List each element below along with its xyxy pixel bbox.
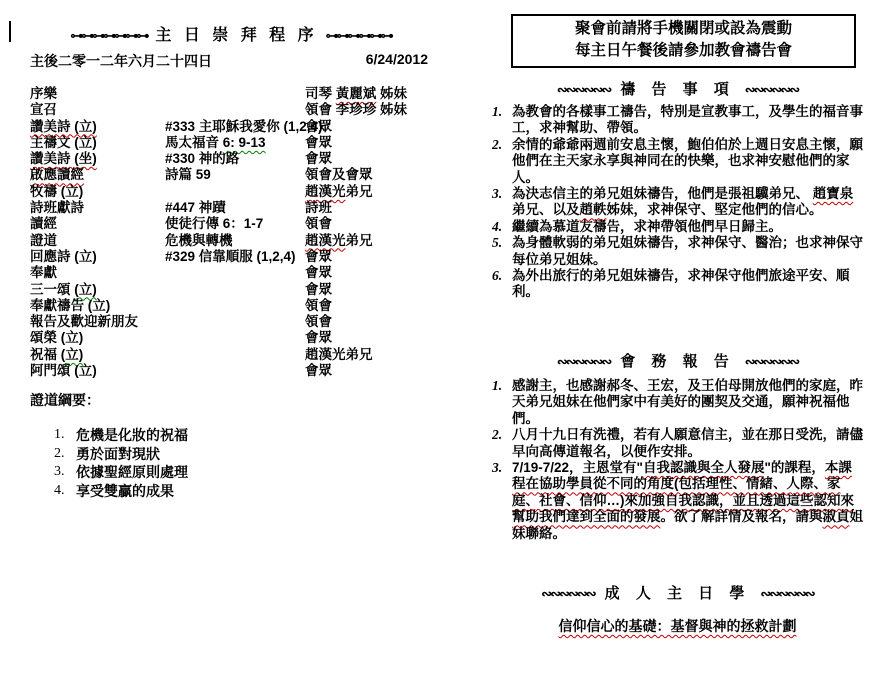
program-item-person: 會眾 [305, 282, 432, 298]
ornament-wave-left: ∾∾∾∾∾∾ [557, 354, 610, 369]
program-item-person: 趙漢光弟兄 [305, 233, 432, 249]
page-title-text: 主 日 崇 拜 程 序 [155, 27, 317, 44]
program-item-person: 領會 [305, 298, 432, 314]
sunday-school-subject: 信仰信心的基礎：基督與神的拯救計劃 [490, 616, 865, 636]
prayer-item-segment: 繼續為慕道友禱告，求神帶領他們早日歸主。 [512, 219, 782, 234]
outline-item-number: 1. [54, 426, 76, 445]
program-item-content: #330 神的路 [165, 151, 305, 167]
prayer-item-segment: 為身體軟弱的弟兄姐妹禱告，求神保守、醫治；也求神保守每位弟兄姐妹。 [512, 235, 863, 266]
program-text: 馬太福音 [165, 135, 223, 150]
prayer-item: 3.為決志信主的弟兄姐妹禱告，他們是張祖驥弟兄、 趙寶泉弟兄、以及趙軼姊妹，求神… [492, 186, 863, 219]
program-item-label: 阿門頌 (立) [30, 363, 165, 379]
prayer-item: 6.為外出旅行的弟兄姐妹禱告，求神保守他們旅途平安、順利。 [492, 268, 863, 301]
program-row: 奉獻禱告 (立)領會 [30, 298, 432, 314]
outline-item-number: 2. [54, 445, 76, 464]
program-text: 領會及會眾 [305, 167, 373, 182]
program-item-person: 趙漢光弟兄 [305, 184, 432, 200]
program-text: 會眾 [305, 151, 332, 166]
program-text: 弟兄 [346, 184, 373, 199]
report-item-number: 3. [492, 460, 512, 542]
prayer-item-segment: 趙寶泉 [813, 186, 854, 201]
program-text: 會眾 [305, 363, 332, 378]
program-item-content: 馬太福音 6: 9-13 [165, 135, 305, 151]
prayer-item-number: 5. [492, 235, 512, 268]
program-text: 報告及歡迎新朋友 [30, 314, 138, 329]
program-text: 趙漢光 [305, 184, 346, 199]
prayer-item-number: 1. [492, 104, 512, 137]
prayer-item: 1.為教會的各樣事工禱告，特別是宣教事工，及學生的福音事工，求神幫助、帶領。 [492, 104, 863, 137]
program-item-content [165, 265, 305, 281]
prayer-item-number: 2. [492, 137, 512, 186]
program-text: 領會 [305, 298, 332, 313]
report-section-heading: ∾∾∾∾∾∾會 務 報 告∾∾∾∾∾∾ [490, 350, 865, 371]
prayer-item-segment: 弟兄、以及 [512, 202, 580, 217]
report-item-segment: 淑貞 [823, 509, 850, 524]
program-row: 證道危機與轉機趙漢光弟兄 [30, 233, 432, 249]
program-text: 會眾 [305, 330, 332, 345]
report-item-segment: 感謝主，也感謝郝冬、王宏，及王伯母開放他們的家庭，昨天弟兄姐妹在他們家中有美好的… [512, 378, 863, 426]
program-row: 三一頌 (立)會眾 [30, 282, 432, 298]
program-row: 啟應讀經詩篇 59領會及會眾 [30, 167, 432, 183]
prayer-item-segment: 余情的爺爺兩週前安息主懷，鮑伯伯於上週日安息主懷，願他們在主天家永享與神同在的快… [512, 137, 863, 185]
report-item: 2.八月十九日有洗禮，若有人願意信主，並在那日受洗，請儘早向高傳道報名，以便作安… [492, 427, 863, 460]
prayer-item: 4.繼續為慕道友禱告，求神帶領他們早日歸主。 [492, 219, 863, 235]
program-text: 序樂 [30, 86, 57, 101]
program-item-content [165, 102, 305, 118]
prayer-item-text: 余情的爺爺兩週前安息主懷，鮑伯伯於上週日安息主懷，願他們在主天家永享與神同在的快… [512, 137, 863, 186]
prayer-item-number: 6. [492, 268, 512, 301]
report-item-segment: 。欲了解詳情及報名，請與 [661, 509, 823, 524]
program-item-person: 領會 [305, 216, 432, 232]
sunday-school-heading: ∾∾∾∾∾∾成 人 主 日 學∾∾∾∾∾∾ [490, 582, 865, 603]
ornament-chain-left: ⊶⊶⊶⊶⊶⊶⊶ [70, 28, 147, 43]
program-item-label: 奉獻禱告 (立) [30, 298, 165, 314]
program-item-label: 報告及歡迎新朋友 [30, 314, 165, 330]
program-text: 三一頌 [30, 282, 74, 297]
report-item-text: 八月十九日有洗禮，若有人願意信主，並在那日受洗，請儘早向高傳道報名，以便作安排。 [512, 427, 863, 460]
program-text: 領會 [305, 216, 332, 231]
program-item-content: 危機與轉機 [165, 233, 305, 249]
program-item-label: 頌榮 (立) [30, 330, 165, 346]
program-item-person: 趙漢光弟兄 [305, 347, 432, 363]
outline-item-text: 危機是化妝的祝福 [76, 426, 188, 445]
program-item-content [165, 282, 305, 298]
sunday-school-heading-text: 成 人 主 日 學 [605, 585, 751, 602]
program-item-person: 會眾 [305, 363, 432, 379]
program-row: 阿門頌 (立)會眾 [30, 363, 432, 379]
program-text: 讀經 [30, 216, 57, 231]
prayer-item-text: 為教會的各樣事工禱告，特別是宣教事工，及學生的福音事工，求神幫助、帶領。 [512, 104, 863, 137]
program-item-label: 奉獻 [30, 265, 165, 281]
program-item-content: 詩篇 59 [165, 167, 305, 183]
outline-item-number: 3. [54, 463, 76, 482]
program-text: 危機與轉機 [165, 233, 233, 248]
program-item-label: 詩班獻詩 [30, 200, 165, 216]
program-item-content [165, 298, 305, 314]
program-row: 奉獻會眾 [30, 265, 432, 281]
program-text: 祝福 [30, 347, 61, 362]
prayer-item-number: 4. [492, 219, 512, 235]
program-item-person: 會眾 [305, 135, 432, 151]
report-item-text: 7/19-7/22，主恩堂有"自我認識與全人發展"的課程，本課程在協助學員從不同… [512, 460, 863, 542]
program-text: 讚美詩 (坐) [30, 151, 97, 166]
program-item-content [165, 86, 305, 102]
program-item-label: 牧禱 (立) [30, 184, 165, 200]
program-text: 詩班 [305, 200, 332, 215]
report-item-text: 感謝主，也感謝郝冬、王宏，及王伯母開放他們的家庭，昨天弟兄姐妹在他們家中有美好的… [512, 378, 863, 427]
program-row: 主禱文 (立)馬太福音 6: 9-13會眾 [30, 135, 432, 151]
worship-program-table: 序樂司琴 黃麗斌 姊妹宣召領會 李珍珍 姊妹讚美詩 (立)#333 主耶穌我愛你… [30, 86, 432, 379]
program-item-label: 證道 [30, 233, 165, 249]
sunday-school-subject-text: 信仰信心的基礎：基督與神的拯救計劃 [559, 618, 797, 634]
program-text: 領會 李珍珍 姊妹 [305, 102, 407, 117]
page-title: ⊶⊶⊶⊶⊶⊶⊶主 日 崇 拜 程 序⊶⊶⊶⊶⊶⊶ [30, 22, 432, 45]
program-item-person: 會眾 [305, 249, 432, 265]
program-row: 頌榮 (立)會眾 [30, 330, 432, 346]
program-item-label: 三一頌 (立) [30, 282, 165, 298]
prayer-item: 2.余情的爺爺兩週前安息主懷，鮑伯伯於上週日安息主懷，願他們在主天家永享與神同在… [492, 137, 863, 186]
outline-item-text: 依據聖經原則處理 [76, 463, 188, 482]
program-item-person: 領會及會眾 [305, 167, 432, 183]
prayer-item-text: 為外出旅行的弟兄姐妹禱告，求神保守他們旅途平安、順利。 [512, 268, 863, 301]
prayer-heading-text: 禱 告 事 項 [620, 81, 735, 98]
program-text: 詩篇 59 [165, 167, 211, 182]
program-row: 詩班獻詩#447 神蹟詩班 [30, 200, 432, 216]
ornament-chain-right: ⊶⊶⊶⊶⊶⊶ [326, 28, 392, 43]
program-row: 回應詩 (立)#329 信靠順服 (1,2,4)會眾 [30, 249, 432, 265]
program-row: 讚美詩 (坐)#330 神的路會眾 [30, 151, 432, 167]
program-row: 讚美詩 (立)#333 主耶穌我愛你 (1,2,4)會眾 [30, 119, 432, 135]
program-text: 詩班獻詩 [30, 200, 84, 215]
program-item-person: 會眾 [305, 151, 432, 167]
program-item-content [165, 347, 305, 363]
program-item-label: 讚美詩 (立) [30, 119, 165, 135]
prayer-item-segment: 為教會的各樣事工禱告，特別是宣教事工，及學生的福音事工，求神幫助、帶領。 [512, 104, 863, 135]
outline-item: 3.依據聖經原則處理 [54, 463, 188, 482]
report-item-segment: "的課程， [764, 460, 824, 475]
program-text: 讚美詩 (立) [30, 119, 97, 134]
program-text: 頌榮 (立) [30, 330, 83, 345]
program-item-content: #447 神蹟 [165, 200, 305, 216]
prayer-item-text: 為身體軟弱的弟兄姐妹禱告，求神保守、醫治；也求神保守每位弟兄姐妹。 [512, 235, 863, 268]
sermon-outline-list: 1.危機是化妝的祝福2.勇於面對現狀3.依據聖經原則處理4.享受雙贏的成果 [54, 426, 188, 500]
report-item-segment: 7/19-7/22，主恩堂有" [512, 460, 643, 475]
program-text: 趙漢光 [305, 233, 346, 248]
program-text: 會眾 [305, 119, 332, 134]
report-item-segment: 八月十九日有洗禮，若有人願意信主，並在那日受洗，請儘早向高傳道報名，以便作安排。 [512, 427, 863, 458]
program-item-person: 司琴 黃麗斌 姊妹 [305, 86, 432, 102]
prayer-item-text: 為決志信主的弟兄姐妹禱告，他們是張祖驥弟兄、 趙寶泉弟兄、以及趙軼姊妹，求神保守… [512, 186, 863, 219]
notice-box: 聚會前請將手機關閉或設為震動 每主日午餐後請參加教會禱告會 [511, 14, 856, 68]
text-cursor [9, 21, 11, 42]
ornament-wave-left: ∾∾∾∾∾∾ [557, 82, 610, 97]
program-text: #447 神蹟 [165, 200, 226, 215]
program-item-content: #329 信靠順服 (1,2,4) [165, 249, 305, 265]
program-item-person: 會眾 [305, 265, 432, 281]
program-text: 趙漢光弟兄 [305, 347, 373, 362]
program-row: 宣召領會 李珍珍 姊妹 [30, 102, 432, 118]
report-item: 1.感謝主，也感謝郝冬、王宏，及王伯母開放他們的家庭，昨天弟兄姐妹在他們家中有美… [492, 378, 863, 427]
program-item-content: #333 主耶穌我愛你 (1,2,4) [165, 119, 305, 135]
program-row: 報告及歡迎新朋友領會 [30, 314, 432, 330]
program-item-person: 詩班 [305, 200, 432, 216]
notice-line-1: 聚會前請將手機關閉或設為震動 [517, 18, 850, 40]
prayer-items-list: 1.為教會的各樣事工禱告，特別是宣教事工，及學生的福音事工，求神幫助、帶領。2.… [492, 104, 863, 301]
program-item-content [165, 184, 305, 200]
program-text: 黃麗斌 [336, 86, 377, 101]
program-item-content [165, 363, 305, 379]
report-item: 3.7/19-7/22，主恩堂有"自我認識與全人發展"的課程，本課程在協助學員從… [492, 460, 863, 542]
program-item-person: 領會 [305, 314, 432, 330]
program-item-label: 讀經 [30, 216, 165, 232]
prayer-item-segment: 為外出旅行的弟兄姐妹禱告，求神保守他們旅途平安、順利。 [512, 268, 850, 299]
program-item-content: 使徒行傳 6：1-7 [165, 216, 305, 232]
program-text: 宣召 [30, 102, 57, 117]
ornament-wave-right: ∾∾∾∾∾∾ [745, 82, 798, 97]
outline-item: 1.危機是化妝的祝福 [54, 426, 188, 445]
program-item-label: 回應詩 (立) [30, 249, 165, 265]
program-item-person: 會眾 [305, 119, 432, 135]
program-text: 弟兄 [346, 233, 373, 248]
report-heading-text: 會 務 報 告 [620, 353, 735, 370]
program-item-content [165, 330, 305, 346]
program-item-label: 啟應讀經 [30, 167, 165, 183]
report-items-list: 1.感謝主，也感謝郝冬、王宏，及王伯母開放他們的家庭，昨天弟兄姐妹在他們家中有美… [492, 378, 863, 542]
program-text: #333 主耶穌我愛你 (1,2,4) [165, 119, 323, 134]
ornament-wave-right: ∾∾∾∾∾∾ [760, 586, 813, 601]
report-item-number: 2. [492, 427, 512, 460]
program-text: 領會 [305, 314, 332, 329]
sermon-outline-heading: 證道綱要： [30, 390, 100, 410]
program-text: 6: 9-13 [223, 135, 266, 150]
program-text: 姊妹 [376, 86, 407, 101]
program-text: 會眾 [305, 265, 332, 280]
outline-item-text: 享受雙贏的成果 [76, 482, 174, 501]
program-item-content [165, 314, 305, 330]
prayer-item-segment: 姊妹，求神保守、堅定他們的信心。 [607, 202, 823, 217]
program-text: 奉獻禱告 (立) [30, 298, 110, 313]
program-item-label: 序樂 [30, 86, 165, 102]
prayer-item-segment: 為決志信主的弟兄姐妹禱告，他們是張祖驥弟兄、 [512, 186, 813, 201]
report-item-number: 1. [492, 378, 512, 427]
program-text: 主禱文 (立) [30, 135, 97, 150]
program-text: 會眾 [305, 135, 332, 150]
notice-line-2: 每主日午餐後請參加教會禱告會 [517, 40, 850, 62]
date-line: 主後二零一二年六月二十四日 6/24/2012 [30, 51, 428, 71]
prayer-section-heading: ∾∾∾∾∾∾禱 告 事 項∾∾∾∾∾∾ [490, 78, 865, 99]
program-text: (立) [74, 282, 97, 297]
program-text: 奉獻 [30, 265, 57, 280]
program-row: 讀經使徒行傳 6：1-7領會 [30, 216, 432, 232]
outline-item: 4.享受雙贏的成果 [54, 482, 188, 501]
prayer-item-segment: 趙軼 [580, 202, 607, 217]
program-item-person: 會眾 [305, 330, 432, 346]
program-text: (立) [61, 347, 84, 362]
program-text: #329 信靠順服 (1,2,4) [165, 249, 296, 264]
prayer-item-text: 繼續為慕道友禱告，求神帶領他們早日歸主。 [512, 219, 782, 235]
program-item-label: 祝福 (立) [30, 347, 165, 363]
program-item-label: 宣召 [30, 102, 165, 118]
date-chinese: 主後二零一二年六月二十四日 [30, 51, 212, 71]
program-text: #330 神的路 [165, 151, 239, 166]
date-numeric: 6/24/2012 [366, 51, 428, 71]
program-text: 司琴 [305, 86, 336, 101]
prayer-item: 5.為身體軟弱的弟兄姐妹禱告，求神保守、醫治；也求神保守每位弟兄姐妹。 [492, 235, 863, 268]
outline-item-number: 4. [54, 482, 76, 501]
outline-item: 2.勇於面對現狀 [54, 445, 188, 464]
program-text: 啟應讀經 [30, 167, 84, 182]
program-text: 阿門頌 (立) [30, 363, 97, 378]
program-text: 牧禱 (立) [30, 184, 83, 199]
program-text: 使徒行傳 6：1-7 [165, 216, 263, 231]
program-row: 序樂司琴 黃麗斌 姊妹 [30, 86, 432, 102]
outline-item-text: 勇於面對現狀 [76, 445, 160, 464]
report-item-segment: 自我認識與全人發展 [643, 460, 765, 475]
ornament-wave-right: ∾∾∾∾∾∾ [745, 354, 798, 369]
program-item-person: 領會 李珍珍 姊妹 [305, 102, 432, 118]
program-text: 會眾 [305, 282, 332, 297]
program-text: 回應詩 (立) [30, 249, 97, 264]
program-row: 祝福 (立)趙漢光弟兄 [30, 347, 432, 363]
prayer-item-number: 3. [492, 186, 512, 219]
program-text: 會眾 [305, 249, 332, 264]
program-item-label: 讚美詩 (坐) [30, 151, 165, 167]
program-item-label: 主禱文 (立) [30, 135, 165, 151]
ornament-wave-left: ∾∾∾∾∾∾ [541, 586, 594, 601]
program-row: 牧禱 (立)趙漢光弟兄 [30, 184, 432, 200]
program-text: 證道 [30, 233, 57, 248]
